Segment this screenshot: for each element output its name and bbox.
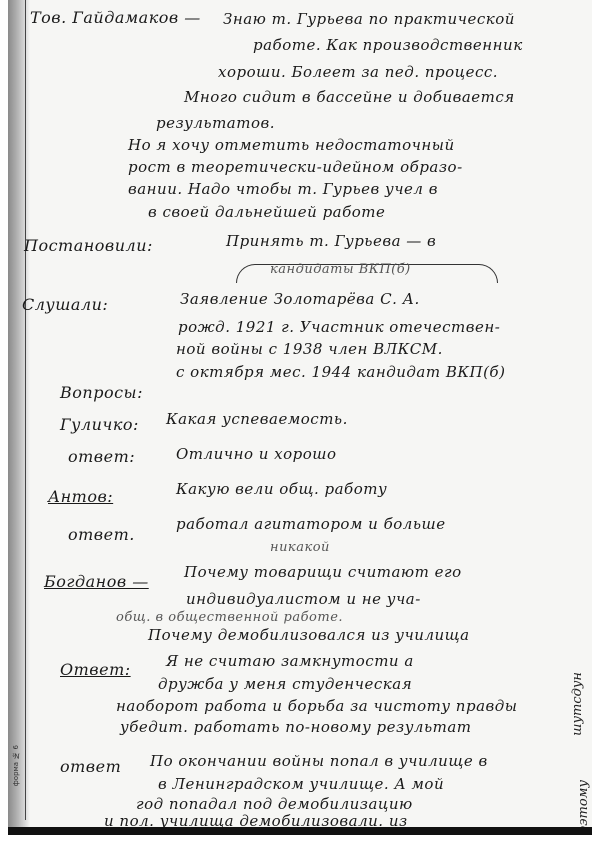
- speaker-gulichko: Гуличко:: [60, 415, 139, 434]
- margin-note: шутсдун: [570, 672, 585, 736]
- form-mark: форма № 6: [12, 745, 24, 786]
- answer-label: ответ: [60, 757, 121, 776]
- binding-gutter: [8, 0, 30, 827]
- answer-line: По окончании войны попал в училище в: [150, 752, 488, 770]
- entry-line: ной войны с 1938 член ВЛКСМ.: [176, 340, 443, 358]
- margin-note: поэтому: [576, 780, 591, 827]
- question-line: Какая успеваемость.: [166, 410, 348, 428]
- answer-line: год попадал под демобилизацию: [136, 795, 413, 813]
- question-line: Почему товарищи считают его: [184, 563, 462, 581]
- page-bottom-edge: [8, 827, 592, 835]
- entry-line: Заявление Золотарёва С. А.: [180, 290, 420, 308]
- answer-line: никакой: [270, 540, 330, 555]
- answer-line: Я не считаю замкнутости а: [166, 652, 414, 670]
- answer-label: ответ:: [68, 447, 135, 466]
- entry-line: работе. Как производственник: [253, 36, 523, 54]
- resolution-insert: кандидаты ВКП(б): [270, 262, 411, 277]
- question-line: индивидуалистом и не уча-: [186, 590, 421, 608]
- entry-line: результатов.: [156, 114, 275, 132]
- entry-line: в своей дальнейшей работе: [148, 203, 385, 221]
- answer-line: работал агитатором и больше: [176, 515, 446, 533]
- answer-line: в Ленинградском училище. А мой: [158, 775, 444, 793]
- answer-line: убедит. работать по-новому результат: [120, 718, 472, 736]
- answer-label: Ответ:: [60, 660, 131, 679]
- answer-line: дружба у меня студенческая: [158, 675, 412, 693]
- questions-heading: Вопросы:: [60, 383, 143, 402]
- answer-line: наоборот работа и борьба за чистоту прав…: [116, 697, 517, 715]
- speaker-heard: Слушали:: [22, 295, 108, 314]
- entry-line: вании. Надо чтобы т. Гурьев учел в: [128, 180, 438, 198]
- resolution-line: Принять т. Гурьева — в: [226, 232, 436, 250]
- speaker-bogdanov: Богданов —: [44, 572, 149, 591]
- question-line: общ. в общественной работе.: [116, 610, 343, 625]
- question-line: Какую вели общ. работу: [176, 480, 387, 498]
- document-page: форма № 6 Тов. Гайдамаков — Знаю т. Гурь…: [8, 0, 592, 827]
- answer-label: ответ.: [68, 525, 135, 544]
- entry-line: с октября мес. 1944 кандидат ВКП(б): [176, 363, 505, 381]
- speaker-antov: Антов:: [48, 487, 113, 506]
- entry-line: Много сидит в бассейне и добивается: [184, 88, 515, 106]
- entry-line: Знаю т. Гурьева по практической: [223, 10, 515, 28]
- speaker-gaidamakov: Тов. Гайдамаков —: [30, 8, 201, 27]
- entry-line: хороши. Болеет за пед. процесс.: [218, 63, 498, 81]
- margin-rule: [25, 0, 26, 820]
- entry-line: рожд. 1921 г. Участник отечествен-: [178, 318, 500, 336]
- answer-line: Отлично и хорошо: [176, 445, 337, 463]
- question-line: Почему демобилизовался из училища: [148, 626, 470, 644]
- entry-line: Но я хочу отметить недостаточный: [128, 136, 455, 154]
- answer-line: и пол. училища демобилизовали. из: [104, 812, 408, 827]
- entry-line: рост в теоретически-идейном образо-: [128, 158, 463, 176]
- speaker-resolved: Постановили:: [24, 236, 153, 255]
